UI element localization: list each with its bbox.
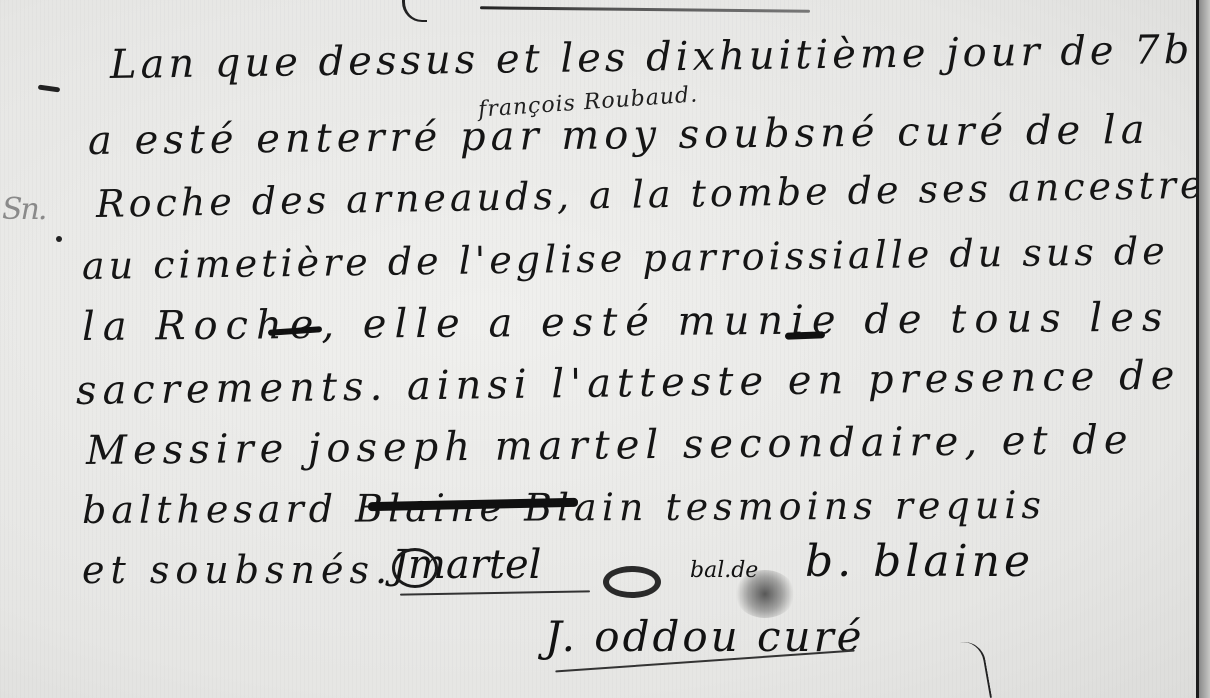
- document-page: Sn. Lan que dessus et les dixhuitième jo…: [0, 0, 1210, 698]
- page-binding-shadow: [1199, 0, 1210, 698]
- signature-paraph-mark: [603, 566, 661, 598]
- margin-note: Sn.: [2, 192, 45, 227]
- strikethrough-munie-correction: [785, 331, 825, 339]
- record-line-9: et soubsnés.: [82, 548, 393, 592]
- record-line-2: a esté enterré par moy soubsné curé de l…: [88, 107, 1150, 164]
- record-line-7: Messire joseph martel secondaire, et de: [86, 417, 1134, 474]
- record-line-3: Roche des arneauds, a la tombe de ses an…: [96, 162, 1210, 226]
- record-line-4: au cimetière de l'eglise parroissialle d…: [82, 229, 1169, 288]
- record-line-8: balthesard Blaine Blain tesmoins requis: [82, 483, 1046, 532]
- signature-martel-underline: [400, 590, 590, 595]
- signature-martel-flourish: [392, 548, 438, 588]
- record-line-6: sacrements. ainsi l'atteste en presence …: [76, 353, 1181, 414]
- signature-blain: b. blaine: [805, 536, 1034, 587]
- signature-cure-tail: [960, 639, 992, 698]
- margin-dot: [56, 236, 62, 242]
- ink-blot: [735, 570, 795, 618]
- record-line-5: la Roche, elle a esté munie de tous les: [82, 295, 1171, 350]
- top-ink-curl: [402, 0, 427, 22]
- margin-dash-mark: [38, 84, 60, 92]
- top-ink-stroke: [480, 6, 810, 12]
- record-line-1: Lan que dessus et les dixhuitième jour d…: [110, 26, 1210, 88]
